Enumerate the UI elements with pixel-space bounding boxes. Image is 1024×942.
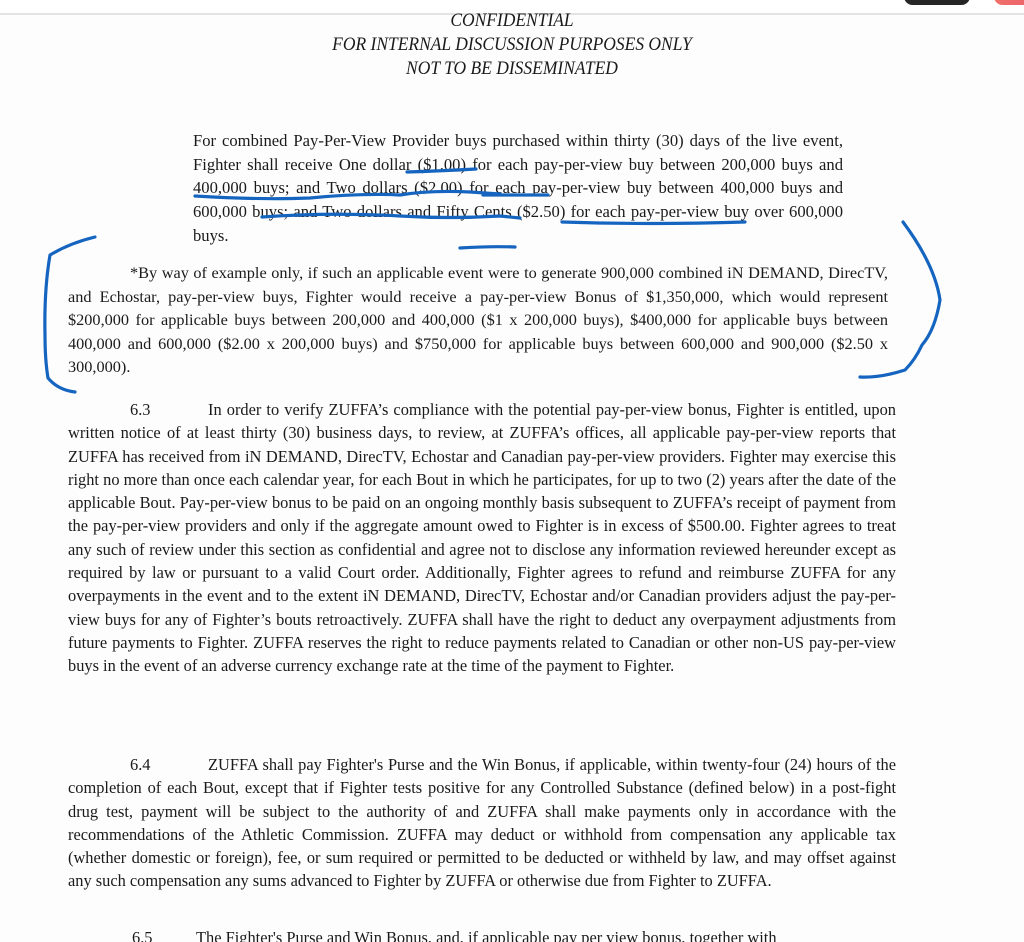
example-paragraph: *By way of example only, if such an appl… <box>68 261 888 379</box>
header-line-internal: FOR INTERNAL DISCUSSION PURPOSES ONLY <box>41 33 983 57</box>
confidential-header: CONFIDENTIAL FOR INTERNAL DISCUSSION PUR… <box>41 9 983 81</box>
section-6-3: 6.3In order to verify ZUFFA’s compliance… <box>68 398 896 678</box>
toolbar-red-button[interactable] <box>994 0 1024 5</box>
section-number: 6.5 <box>132 926 196 942</box>
section-text: The Fighter's Purse and Win Bonus, and, … <box>196 928 777 942</box>
section-text: In order to verify ZUFFA’s compliance wi… <box>68 400 896 675</box>
section-number: 6.3 <box>130 398 208 421</box>
header-line-confidential: CONFIDENTIAL <box>41 9 983 33</box>
example-text: *By way of example only, if such an appl… <box>68 263 888 376</box>
toolbar-dark-button[interactable] <box>904 0 970 5</box>
section-6-4: 6.4ZUFFA shall pay Fighter's Purse and t… <box>68 753 896 893</box>
section-text: ZUFFA shall pay Fighter's Purse and the … <box>68 755 896 890</box>
section-number: 6.4 <box>130 753 208 776</box>
header-line-not-disseminated: NOT TO BE DISSEMINATED <box>41 57 983 81</box>
ppv-bonus-tiers-paragraph: For combined Pay-Per-View Provider buys … <box>193 129 843 248</box>
section-6-5: 6.5The Fighter's Purse and Win Bonus, an… <box>132 926 902 942</box>
